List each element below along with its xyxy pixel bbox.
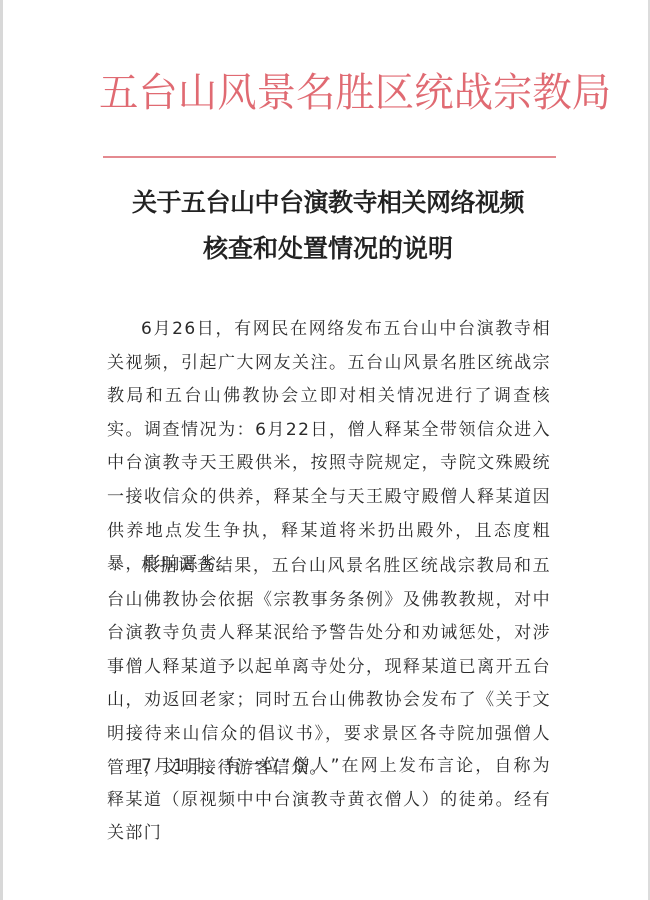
letterhead-title: 五台山风景名胜区统战宗教局 xyxy=(99,68,552,118)
document-page: 五台山风景名胜区统战宗教局 关于五台山中台演教寺相关网络视频 核查和处置情况的说… xyxy=(0,0,650,900)
body-paragraph-1-block: 6月26日，有网民在网络发布五台山中台演教寺相关视频，引起广大网友关注。五台山风… xyxy=(107,313,551,582)
document-title-line-2: 核查和处置情况的说明 xyxy=(3,232,650,266)
body-paragraph: 6月26日，有网民在网络发布五台山中台演教寺相关视频，引起广大网友关注。五台山风… xyxy=(107,313,551,582)
body-paragraph-3-block: 7月1日，有一位“僧人”在网上发布言论，自称为释某道（原视频中中台演教寺黄衣僧人… xyxy=(107,750,551,851)
body-paragraph: 7月1日，有一位“僧人”在网上发布言论，自称为释某道（原视频中中台演教寺黄衣僧人… xyxy=(107,750,551,851)
letterhead-divider xyxy=(103,156,556,158)
document-title-line-1: 关于五台山中台演教寺相关网络视频 xyxy=(3,186,650,220)
